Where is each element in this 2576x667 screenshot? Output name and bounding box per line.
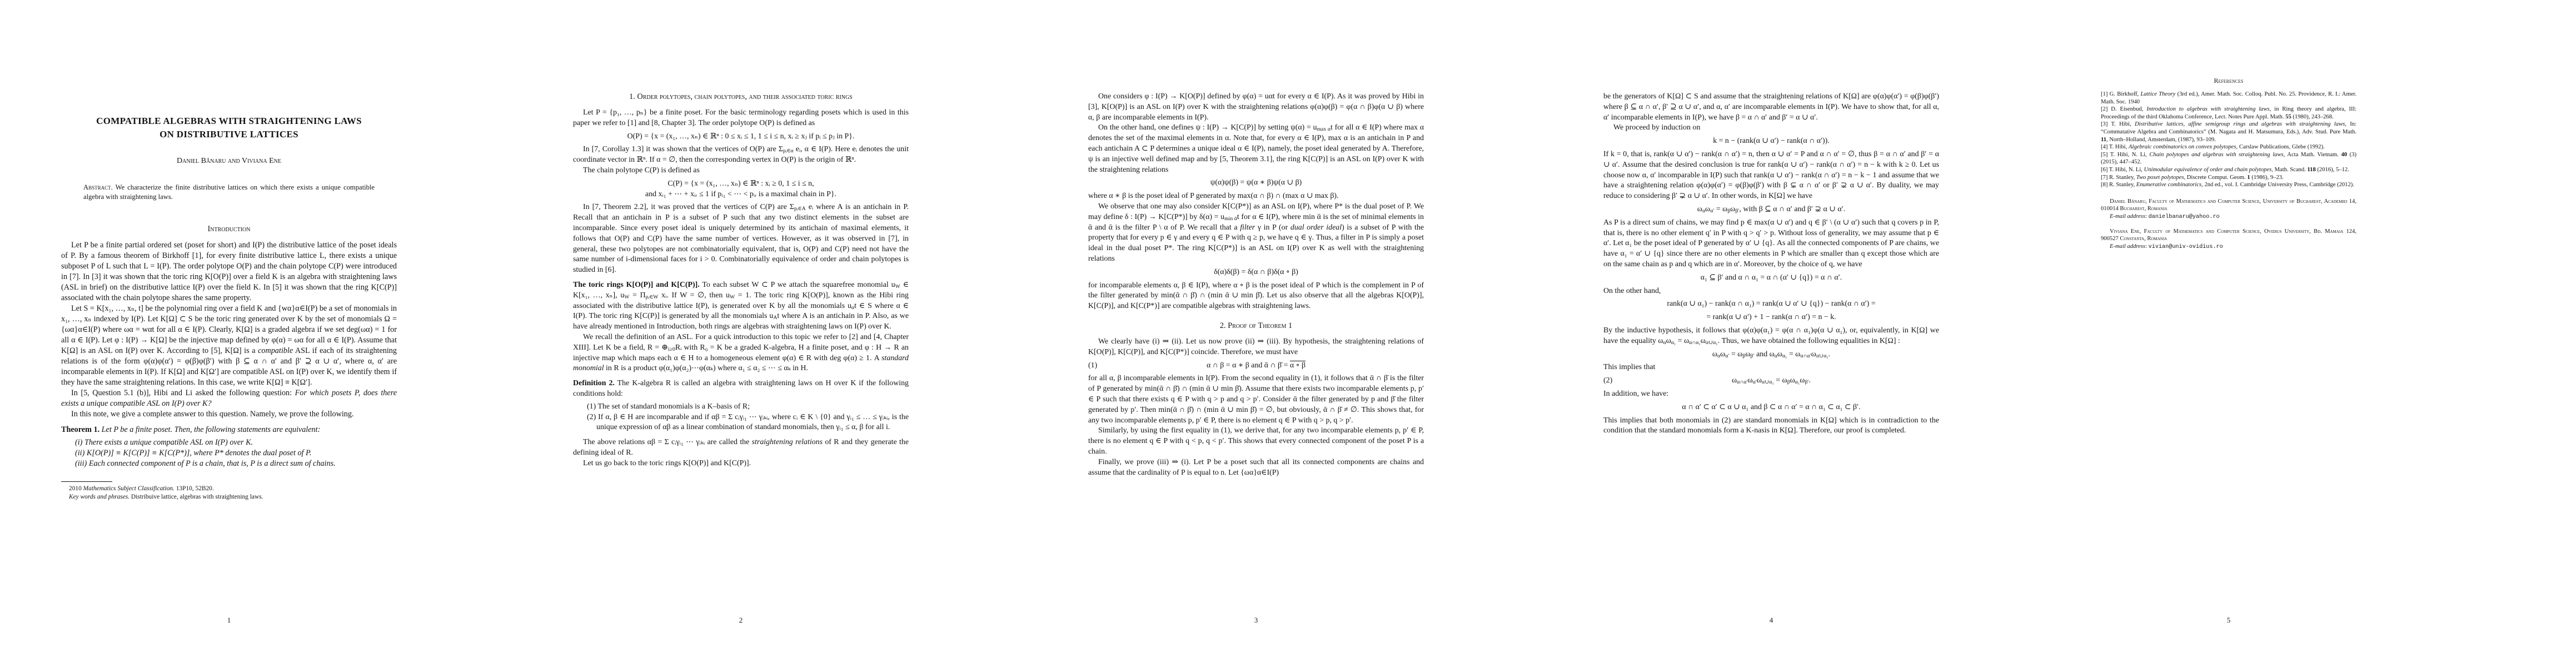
para: In [7, Corollay 1.3] it was shown that t…: [573, 145, 909, 166]
para: Let us go back to the toric rings K[O(P)…: [573, 459, 909, 469]
display: O(P) = {x = (x₁, …, xₙ) ∈ ℝⁿ : 0 ≤ xᵢ ≤ …: [573, 132, 909, 142]
paper-authors: Daniel Bănaru and Viviana Ene: [61, 156, 397, 166]
item: (1) The set of standard monomials is a K…: [573, 402, 909, 412]
para: Similarly, by using the first equality i…: [1088, 426, 1424, 457]
page-5: References[1] G. Birkhoff, Lattice Theor…: [2061, 0, 2576, 667]
para: We proceed by induction on: [1603, 123, 1939, 133]
display: ψ(α)ψ(β) = ψ(α ∗ β)ψ(α ∪ β): [1088, 178, 1424, 188]
item: (2) If α, β ∈ H are incomparable and if …: [573, 412, 909, 434]
page-4-number: 4: [1603, 616, 1939, 625]
section-heading-introduction: Introduction: [98, 224, 360, 234]
page-1-number: 1: [61, 616, 397, 625]
display: C(P) = {x = (x₁, …, xₙ) ∈ ℝⁿ : xᵢ ≥ 0, 1…: [573, 179, 909, 190]
para: be the generators of K[Ω] ⊂ S and assume…: [1603, 92, 1939, 123]
footnote-rule: [61, 481, 112, 482]
display: = rank(α ∪ α′) + 1 − rank(α ∩ α′) = n − …: [1603, 312, 1939, 323]
item: (iii) Each connected component of P is a…: [61, 459, 397, 469]
para: where α ∗ β is the poset ideal of P gene…: [1088, 191, 1424, 202]
equation-tag: (1): [1088, 361, 1097, 371]
para: We observe that one may also consider K[…: [1088, 202, 1424, 265]
para: We clearly have (i) ⇒ (ii). Let us now p…: [1088, 337, 1424, 358]
para: The above relations αβ = Σ cᵢγᵢ₁ ⋯ γᵢₖᵢ …: [573, 437, 909, 459]
page-3-body: One considers φ : I(P) → K[O(P)] defined…: [1088, 92, 1424, 615]
reference-item: [5] T. Hibi, N. Li, Chain polytopes and …: [2101, 151, 2356, 166]
author-address: Daniel Bănaru, Faculty of Mathematics an…: [2101, 198, 2356, 213]
author-address: Viviana Ene, Faculty of Mathematics and …: [2101, 228, 2356, 243]
para: One considers φ : I(P) → K[O(P)] defined…: [1088, 92, 1424, 123]
para: If k = 0, that is, rank(α ∪ α′) − rank(α…: [1603, 150, 1939, 202]
page-2-body: 1. Order polytopes, chain polytopes, and…: [573, 92, 909, 615]
author-email: E-mail address: danielbanaru@yahoo.ro: [2101, 213, 2356, 221]
display: δ(α)δ(β) = δ(α ∩ β)δ(α ∘ β): [1088, 267, 1424, 278]
para: for incomparable elements α, β ∈ I(P), w…: [1088, 281, 1424, 312]
page-5-body: References[1] G. Birkhoff, Lattice Theor…: [2101, 76, 2356, 609]
para: We recall the definition of an ASL. For …: [573, 332, 909, 374]
display: ωαωα′ = ωβωβ′, with β ⊆ α ∩ α′ and β′ ⊋ …: [1603, 205, 1939, 215]
para: In [5, Question 5.1 (b)], Hibi and Li as…: [61, 388, 397, 409]
para: for all α, β incomparable elements in I(…: [1088, 374, 1424, 426]
display: ωαωα′ = ωβωβ′ and ωαωα₁ = ωα∩α′ωα∪α₁.: [1603, 350, 1939, 360]
page-5-number: 5: [2101, 616, 2356, 625]
page-3-number: 3: [1088, 616, 1424, 625]
para: In addition, we have:: [1603, 389, 1939, 400]
page-3: One considers φ : I(P) → K[O(P)] defined…: [1030, 0, 1546, 667]
reference-item: [1] G. Birkhoff, Lattice Theory (3rd ed.…: [2101, 91, 2356, 106]
para: Let P = {p₁, …, pₙ} be a finite poset. F…: [573, 108, 909, 129]
reference-item: [7] R. Stanley, Two poset polytopes, Dis…: [2101, 174, 2356, 182]
para: In this note, we give a complete answer …: [61, 409, 397, 420]
toric-rings-paragraph: The toric rings K[O(P)] and K[C(P)]. To …: [573, 280, 909, 332]
display: α ∩ α′ ⊂ α′ ⊂ α ∪ α₁ and β ⊂ α ∩ α′ = α …: [1603, 402, 1939, 413]
page-2-number: 2: [573, 616, 909, 625]
para: The chain polytope C(P) is defined as: [573, 166, 909, 176]
footnote: Key words and phrases. Distribuive latti…: [61, 493, 397, 501]
page-4-body: be the generators of K[Ω] ⊂ S and assume…: [1603, 92, 1939, 615]
para: Finally, we prove (iii) ⇒ (i). Let P be …: [1088, 457, 1424, 479]
page-1-body: COMPATIBLE ALGEBRAS WITH STRAIGHTENING L…: [61, 115, 397, 615]
equation-2: (2)ωα∩α′ωα′ωα∪α₁ = ωβωα₁ωβ′.: [1603, 376, 1939, 386]
page-4: be the generators of K[Ω] ⊂ S and assume…: [1546, 0, 2061, 667]
reference-item: [6] T. Hibi, N. Li, Unimodular equivalen…: [2101, 166, 2356, 174]
theorem-1: Theorem 1. Let P be a finite poset. Then…: [61, 425, 397, 435]
display: α₁ ⊆ β′ and α ∩ α₁ = α ∩ (α′ ∪ {q}) = α …: [1603, 273, 1939, 283]
item: (i) There exists a unique compatible ASL…: [61, 437, 397, 448]
section-2-heading: 2. Proof of Theorem 1: [1125, 321, 1387, 331]
para: By the inductive hypothesis, it follows …: [1603, 326, 1939, 347]
para: As P is a direct sum of chains, we may f…: [1603, 218, 1939, 270]
references-heading: References: [2101, 76, 2356, 86]
para: This implies that both monomials in (2) …: [1603, 416, 1939, 437]
section-1-heading: 1. Order polytopes, chain polytopes, and…: [610, 92, 871, 102]
reference-item: [2] D. Eisenbud, Introduction to algebra…: [2101, 106, 2356, 121]
display: rank(α ∪ α₁) − rank(α ∩ α₁) = rank(α ∪ α…: [1603, 299, 1939, 310]
display: k = n − (rank(α ∪ α′) − rank(α ∩ α′)).: [1603, 136, 1939, 147]
equation-tag: (2): [1603, 376, 1612, 386]
pdf-document: arXiv:1905.11331v2 [math.AC] 1 Jun 2019 …: [0, 0, 2576, 667]
para: On the other hand,: [1603, 286, 1939, 297]
para: On the other hand, one defines ψ : I(P) …: [1088, 123, 1424, 175]
page-1: COMPATIBLE ALGEBRAS WITH STRAIGHTENING L…: [0, 0, 515, 667]
reference-item: [3] T. Hibi, Distributive lattices, affi…: [2101, 121, 2356, 143]
para: Let S = K[x₁, …, xₙ, t] be the polynomia…: [61, 303, 397, 388]
para: This implies that: [1603, 362, 1939, 373]
paper-title: COMPATIBLE ALGEBRAS WITH STRAIGHTENING L…: [90, 115, 368, 141]
definition-2: Definition 2. The K-algebra R is called …: [573, 379, 909, 400]
paper-abstract: Abstract. We characterize the finite dis…: [83, 183, 375, 202]
para: Let P be a finite partial ordered set (p…: [61, 240, 397, 303]
reference-item: [4] T. Hibi, Algebraic combinatorics on …: [2101, 143, 2356, 151]
footnote: 2010 Mathematics Subject Classification.…: [61, 485, 397, 493]
page-2: 1. Order polytopes, chain polytopes, and…: [515, 0, 1030, 667]
display: and xᵢ₁ + ⋯ + xᵢᵣ ≤ 1 if pᵢ₁ < ⋯ < pᵢᵣ i…: [573, 190, 909, 200]
equation-1: (1)α ∩ β = α ∗ β and ᾱ ∩ β̄ = α ∘ β: [1088, 361, 1424, 371]
item: (ii) K[O(P)] ≡ K[C(P)] ≡ K[C(P*)], where…: [61, 448, 397, 459]
reference-item: [8] R. Stanley, Enumerative combinatoric…: [2101, 181, 2356, 189]
author-email: E-mail address: vivian@univ-ovidius.ro: [2101, 243, 2356, 251]
para: In [7, Theorem 2.2], it was proved that …: [573, 202, 909, 276]
